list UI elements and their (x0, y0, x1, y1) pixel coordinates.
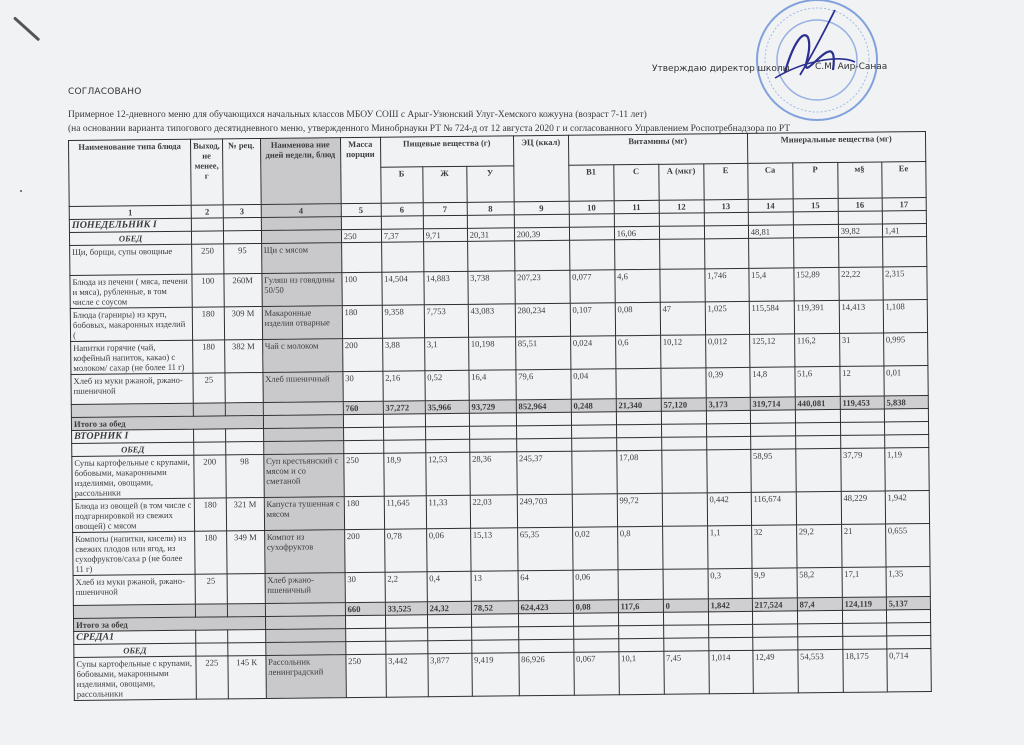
nutrient-value: 1,014 (709, 650, 753, 693)
nutrient-value (661, 368, 706, 398)
column-number: 13 (704, 199, 748, 212)
nutrient-value: 0,04 (571, 369, 616, 399)
table-cell (73, 604, 195, 618)
table-cell (793, 211, 838, 224)
table-row: Супы картофельные с крупами, бобовыми, м… (74, 648, 931, 700)
column-number: 15 (793, 198, 838, 211)
nutrient-value (616, 368, 661, 398)
header-yield: Выход, не менее, г (190, 139, 222, 205)
subheader-4: C (613, 164, 658, 200)
nutrient-value: 15,4 (749, 268, 794, 301)
table-cell (616, 437, 661, 450)
sum-value: 0,08 (573, 600, 618, 613)
nutrient-value: 30 (343, 371, 383, 401)
dish-yield: 180 (193, 340, 225, 373)
nutrient-value: 1,746 (705, 268, 749, 301)
table-cell (263, 415, 343, 429)
table-cell: 250 (341, 229, 381, 242)
header-minerals: Минеральные вещества (мг) (747, 132, 925, 164)
recipe-number: 321 М (226, 497, 264, 530)
table-cell (797, 636, 842, 649)
nutrient-value: 2,315 (883, 267, 927, 300)
table-cell (659, 213, 704, 226)
nutrient-value: 12 (840, 366, 884, 396)
table-cell (618, 625, 663, 638)
table-cell (471, 614, 518, 627)
table-cell (383, 440, 425, 453)
nutrient-value (572, 494, 617, 527)
dish-name: Хлеб ржано-пшеничный (265, 573, 345, 604)
nutrient-value: 17,08 (616, 450, 661, 493)
nutrient-value (661, 450, 706, 493)
dish-name: Макаронные изделия отварные (262, 306, 342, 340)
column-number: 4 (261, 204, 341, 218)
table-cell (227, 629, 265, 642)
sum-value: 660 (345, 602, 385, 615)
sum-value: 87,4 (797, 597, 842, 610)
dish-name: Чай с молоком (262, 339, 342, 373)
column-number: 8 (467, 202, 514, 215)
nutrient-value: 14,504 (382, 272, 424, 305)
table-cell (427, 627, 471, 640)
subheader-10: Ee (881, 162, 925, 198)
recipe-number: 260М (224, 273, 262, 306)
dish-yield: 25 (193, 373, 225, 403)
nutrient-value: 14,8 (750, 367, 795, 397)
meal-name: ОБЕД (69, 231, 191, 245)
table-cell (793, 224, 838, 237)
table-cell (345, 615, 385, 628)
nutrient-value (882, 237, 926, 267)
table-cell (842, 636, 886, 649)
table-cell (573, 626, 618, 639)
header-nutrients: Пищевые вещества (г) (380, 136, 513, 167)
nutrient-value: 54,553 (798, 649, 843, 692)
subheader-8: P (792, 162, 837, 198)
column-number: 14 (748, 199, 793, 212)
table-cell (516, 438, 571, 452)
nutrient-value: 3,738 (468, 271, 515, 304)
scan-speck (20, 190, 22, 192)
day-name: ПОНЕДЕЛЬНИК I (69, 218, 191, 232)
nutrient-value: 48,229 (841, 491, 885, 524)
table-cell (469, 413, 516, 426)
nutrient-value: 58,95 (750, 449, 795, 492)
table-cell (385, 615, 427, 628)
nutrient-value: 0,024 (570, 336, 615, 369)
table-cell (223, 230, 261, 243)
table-cell (385, 641, 427, 654)
subheader-9: м§ (837, 162, 881, 198)
table-cell (263, 402, 343, 416)
nutrient-value: 3,877 (428, 653, 472, 696)
table-cell (661, 437, 706, 450)
nutrient-value: 18,175 (843, 649, 887, 692)
table-cell (569, 214, 614, 227)
table-cell (469, 439, 516, 452)
dish-name: Капуста тушенная с мясом (264, 497, 344, 531)
table-cell (469, 426, 516, 439)
nutrient-value: 0,655 (885, 524, 929, 567)
table-cell (518, 613, 573, 627)
nutrient-value: 14,883 (424, 271, 468, 304)
table-cell (886, 622, 930, 635)
table-cell (708, 637, 752, 650)
nutrient-value: 32 (751, 525, 796, 568)
sum-value: 624,423 (518, 600, 573, 614)
sum-value: 760 (343, 401, 383, 414)
dish-type: Блюда из овощей (в том числе с подгарнир… (72, 498, 194, 532)
sum-value: 119,453 (840, 396, 884, 409)
table-cell: 9,71 (423, 228, 467, 241)
table-cell (196, 643, 228, 656)
table-cell (573, 613, 618, 626)
dish-name: Гуляш из говядины 50/50 (262, 273, 342, 307)
table-cell (706, 410, 750, 423)
table-cell (706, 436, 750, 449)
table-cell: 16,06 (614, 226, 659, 239)
nutrient-value: 0,02 (572, 527, 617, 570)
nutrient-value (796, 491, 841, 524)
nutrient-value: 99,72 (617, 493, 662, 526)
document-subtitle: (на основании варианта типогового десяти… (68, 124, 790, 134)
column-number: 17 (882, 198, 926, 211)
subheader-3: B1 (568, 165, 613, 201)
recipe-number: 309 М (224, 306, 262, 339)
table-cell (194, 429, 226, 442)
dish-type: Супы картофельные с крупами, бобовыми, м… (72, 455, 194, 499)
sum-value: 217,524 (752, 598, 797, 611)
table-cell (343, 440, 383, 453)
table-cell (886, 635, 930, 648)
table-cell (752, 624, 797, 637)
table-cell (708, 624, 752, 637)
table-cell (195, 604, 227, 617)
dish-name: Хлеб пшеничный (263, 372, 343, 403)
dish-type: Напитки горячие (чай, кофейный напиток, … (71, 340, 193, 374)
nutrient-value: 31 (839, 333, 883, 366)
table-cell (882, 211, 926, 224)
table-cell (425, 426, 469, 439)
table-cell (659, 226, 704, 239)
table-cell (193, 403, 225, 416)
dish-type: Хлеб из муки ржаной, ржано-пшеничной (71, 373, 193, 404)
nutrient-value: 1,025 (705, 301, 749, 334)
table-cell (265, 629, 345, 643)
nutrient-value: 0,06 (573, 570, 618, 600)
nutrient-value: 0,39 (706, 367, 750, 397)
table-cell (571, 425, 616, 438)
day-name: СРЕДА1 (74, 630, 196, 644)
table-cell (797, 610, 842, 623)
column-number: 5 (341, 203, 381, 216)
nutrient-value: 9,419 (472, 653, 519, 696)
nutrient-value: 30 (345, 572, 385, 602)
nutrient-value: 21 (841, 524, 885, 567)
table-cell (661, 424, 706, 437)
nutrient-value (659, 239, 704, 269)
nutrient-value (662, 493, 707, 526)
table-cell (225, 428, 263, 441)
table-cell (265, 603, 345, 617)
nutrient-value: 180 (342, 305, 382, 338)
nutrient-value: 29,2 (796, 524, 841, 567)
nutrient-value: 22,22 (839, 267, 883, 300)
table-cell (704, 225, 748, 238)
nutrient-value (514, 240, 569, 271)
nutrient-value: 18,9 (383, 453, 425, 496)
subheader-7: Ca (747, 163, 792, 199)
nutrient-value: 17,1 (842, 567, 886, 597)
nutrient-value: 0,6 (615, 335, 660, 368)
director-name: С.М. Аир-Санаа (815, 62, 887, 72)
nutrient-value (381, 242, 423, 272)
nutrient-value: 249,703 (517, 494, 572, 528)
subheader-2: У (466, 166, 513, 202)
table-cell (427, 640, 471, 653)
sum-value: 78,52 (471, 601, 518, 614)
nutrient-value: 3,442 (386, 654, 428, 697)
dish-name: Щи с мясом (261, 243, 341, 274)
dish-type: Блюда из печени ( мяса, печени и мяса), … (70, 274, 192, 308)
nutrient-value: 116,674 (751, 492, 796, 525)
table-cell (518, 639, 573, 653)
dish-yield: 180 (192, 307, 224, 340)
table-cell (343, 427, 383, 440)
sum-value: 440,081 (795, 396, 840, 409)
table-cell (706, 423, 750, 436)
nutrient-value: 10,12 (660, 335, 705, 368)
table-cell (261, 217, 341, 231)
column-number: 11 (614, 200, 659, 213)
table-cell (884, 435, 928, 448)
sum-value: 24,32 (427, 601, 471, 614)
sum-value: 117,6 (618, 599, 663, 612)
nutrient-value: 0,08 (615, 302, 660, 335)
table-cell (425, 439, 469, 452)
dish-type: Блюда (гарниры) из круп, бобовых, макаро… (70, 307, 192, 341)
table-cell (263, 441, 343, 455)
table-cell (381, 216, 423, 229)
column-number: 16 (838, 198, 882, 211)
table-cell (425, 413, 469, 426)
recipe-number: 145 К (228, 655, 266, 698)
nutrient-value (614, 239, 659, 269)
nutrient-value: 12,49 (753, 650, 798, 693)
nutrient-value: 1,942 (885, 491, 929, 524)
nutrient-value: 115,584 (749, 301, 794, 334)
table-cell (795, 435, 840, 448)
table-cell (571, 412, 616, 425)
table-cell (343, 414, 383, 427)
sum-value: 319,714 (750, 397, 795, 410)
table-cell (427, 614, 471, 627)
column-number: 7 (423, 202, 467, 215)
table-cell (884, 409, 928, 422)
nutrient-value: 64 (518, 570, 573, 601)
table-cell (618, 638, 663, 651)
table-cell (573, 639, 618, 652)
nutrient-value: 0,107 (570, 303, 615, 336)
table-cell (750, 410, 795, 423)
nutrient-value (795, 448, 840, 491)
nutrient-value: 200 (342, 338, 382, 371)
nutrient-value: 10,198 (468, 337, 515, 370)
nutrient-value: 1,1 (707, 525, 751, 568)
sum-value: 3,173 (706, 397, 750, 410)
table-cell (191, 218, 223, 231)
nutrient-value: 1,35 (886, 567, 930, 597)
table-cell (750, 423, 795, 436)
recipe-number: 98 (225, 454, 263, 497)
table-cell (616, 411, 661, 424)
dish-yield: 250 (192, 244, 224, 274)
nutrient-value: 9,358 (382, 305, 424, 338)
nutrient-value: 250 (346, 654, 386, 697)
nutrient-value: 119,391 (794, 300, 839, 333)
sum-value: 0,248 (571, 399, 616, 412)
nutrient-value: 0,78 (384, 529, 426, 572)
table-cell (227, 603, 265, 616)
table-cell (661, 411, 706, 424)
nutrient-value: 0,8 (617, 526, 662, 569)
table-cell (223, 217, 261, 230)
nutrient-value (423, 241, 467, 271)
table-cell (261, 230, 341, 244)
nutrient-value: 0,442 (707, 492, 751, 525)
table-cell (708, 611, 752, 624)
pen-mark (13, 16, 40, 41)
sum-value: 21,340 (616, 398, 661, 411)
sum-value: 5,137 (886, 596, 930, 609)
nutrient-value: 7,45 (664, 651, 709, 694)
table-cell (516, 425, 571, 439)
nutrient-value: 207,23 (515, 270, 570, 304)
table-cell (840, 435, 884, 448)
dish-type: Компоты (напитки, кисели) из свежих плод… (73, 531, 195, 575)
header-energy: ЭЦ (ккал) (513, 135, 569, 202)
nutrient-value: 0,52 (425, 370, 469, 400)
table-cell (345, 641, 385, 654)
table-cell (518, 626, 573, 640)
table-cell (265, 642, 345, 656)
nutrient-value: 2,2 (385, 572, 427, 602)
dish-yield: 225 (196, 656, 228, 699)
table-cell (467, 215, 514, 228)
sum-value: 35,966 (425, 400, 469, 413)
table-cell (838, 211, 882, 224)
nutrient-value: 1,19 (884, 448, 928, 491)
nutrient-value: 65,35 (517, 527, 572, 571)
recipe-number (227, 573, 265, 603)
table-cell: 200,39 (514, 227, 569, 241)
table-cell (383, 414, 425, 427)
sum-value: 0 (663, 599, 708, 612)
nutrient-value (706, 449, 750, 492)
nutrient-value: 180 (344, 496, 384, 529)
document-title: Примерное 12-дневного меню для обучающих… (68, 110, 647, 120)
nutrient-value: 47 (660, 302, 705, 335)
table-cell (616, 424, 661, 437)
table-cell (471, 640, 518, 653)
nutrient-value: 22,03 (470, 495, 517, 528)
table-cell (884, 422, 928, 435)
header-vitamins: Витамины (мг) (568, 133, 747, 165)
table-cell: 7,37 (381, 229, 423, 242)
nutrient-value: 3,1 (424, 337, 468, 370)
table-cell (752, 611, 797, 624)
director-approval-label: Утверждаю директор школы (652, 64, 790, 74)
subheader-5: А (мкг) (658, 164, 703, 200)
column-number: 10 (569, 201, 614, 214)
nutrient-value: 14,413 (839, 300, 883, 333)
nutrient-value: 1,108 (883, 300, 927, 333)
table-cell (795, 422, 840, 435)
table-cell (191, 231, 223, 244)
subheader-1: Ж (422, 166, 466, 202)
header-dish-type: Наименование типа блюда (69, 139, 192, 206)
nutrient-value: 0,01 (884, 366, 928, 396)
table-cell (840, 422, 884, 435)
nutrient-value: 85,51 (515, 336, 570, 370)
table-cell: 39,82 (838, 224, 882, 237)
meal-name: ОБЕД (72, 442, 194, 456)
sum-value: 1,842 (708, 598, 752, 611)
table-cell (840, 409, 884, 422)
table-cell (423, 215, 467, 228)
nutrient-value: 245,37 (516, 451, 571, 495)
table-cell (516, 412, 571, 426)
header-recipe-no: № рец. (222, 138, 261, 204)
nutrient-value (618, 569, 663, 599)
nutrient-value (467, 241, 514, 271)
table-cell (471, 627, 518, 640)
nutrient-value (571, 451, 616, 494)
column-number: 1 (69, 205, 191, 219)
nutrient-value: 58,2 (797, 567, 842, 597)
nutrient-value (704, 238, 748, 268)
table-cell (227, 642, 265, 655)
nutrient-value: 0,077 (570, 270, 615, 303)
nutrient-value: 0,995 (883, 333, 927, 366)
sum-value: 93,729 (469, 400, 516, 413)
nutrient-value: 10,1 (619, 651, 664, 694)
table-cell (704, 212, 748, 225)
sum-value: 124,119 (842, 597, 886, 610)
menu-table: Наименование типа блюда Выход, не менее,… (68, 131, 931, 701)
dish-yield: 100 (192, 274, 224, 307)
nutrient-value: 9,9 (752, 568, 797, 598)
column-number: 12 (659, 200, 704, 213)
sum-value: 37,272 (383, 401, 425, 414)
nutrient-value: 250 (343, 453, 383, 496)
nutrient-value: 37,79 (840, 448, 884, 491)
subheader-6: Е (703, 163, 747, 199)
approved-label: СОГЛАСОВАНО (68, 87, 142, 97)
table-cell (886, 609, 930, 622)
table-cell (663, 612, 708, 625)
dish-name: Суп крестьянский с мясом и со сметаной (263, 454, 343, 498)
column-number: 9 (514, 201, 569, 215)
header-day-dish-name: Наименова ние дней недели, блюд (260, 138, 341, 205)
subheader-0: Б (380, 167, 422, 203)
nutrient-value: 79,6 (516, 369, 571, 400)
table-cell (383, 427, 425, 440)
table-cell (571, 438, 616, 451)
nutrient-value (660, 269, 705, 302)
nutrient-value (793, 237, 838, 267)
dish-name: Компот из сухофруктов (264, 530, 344, 574)
